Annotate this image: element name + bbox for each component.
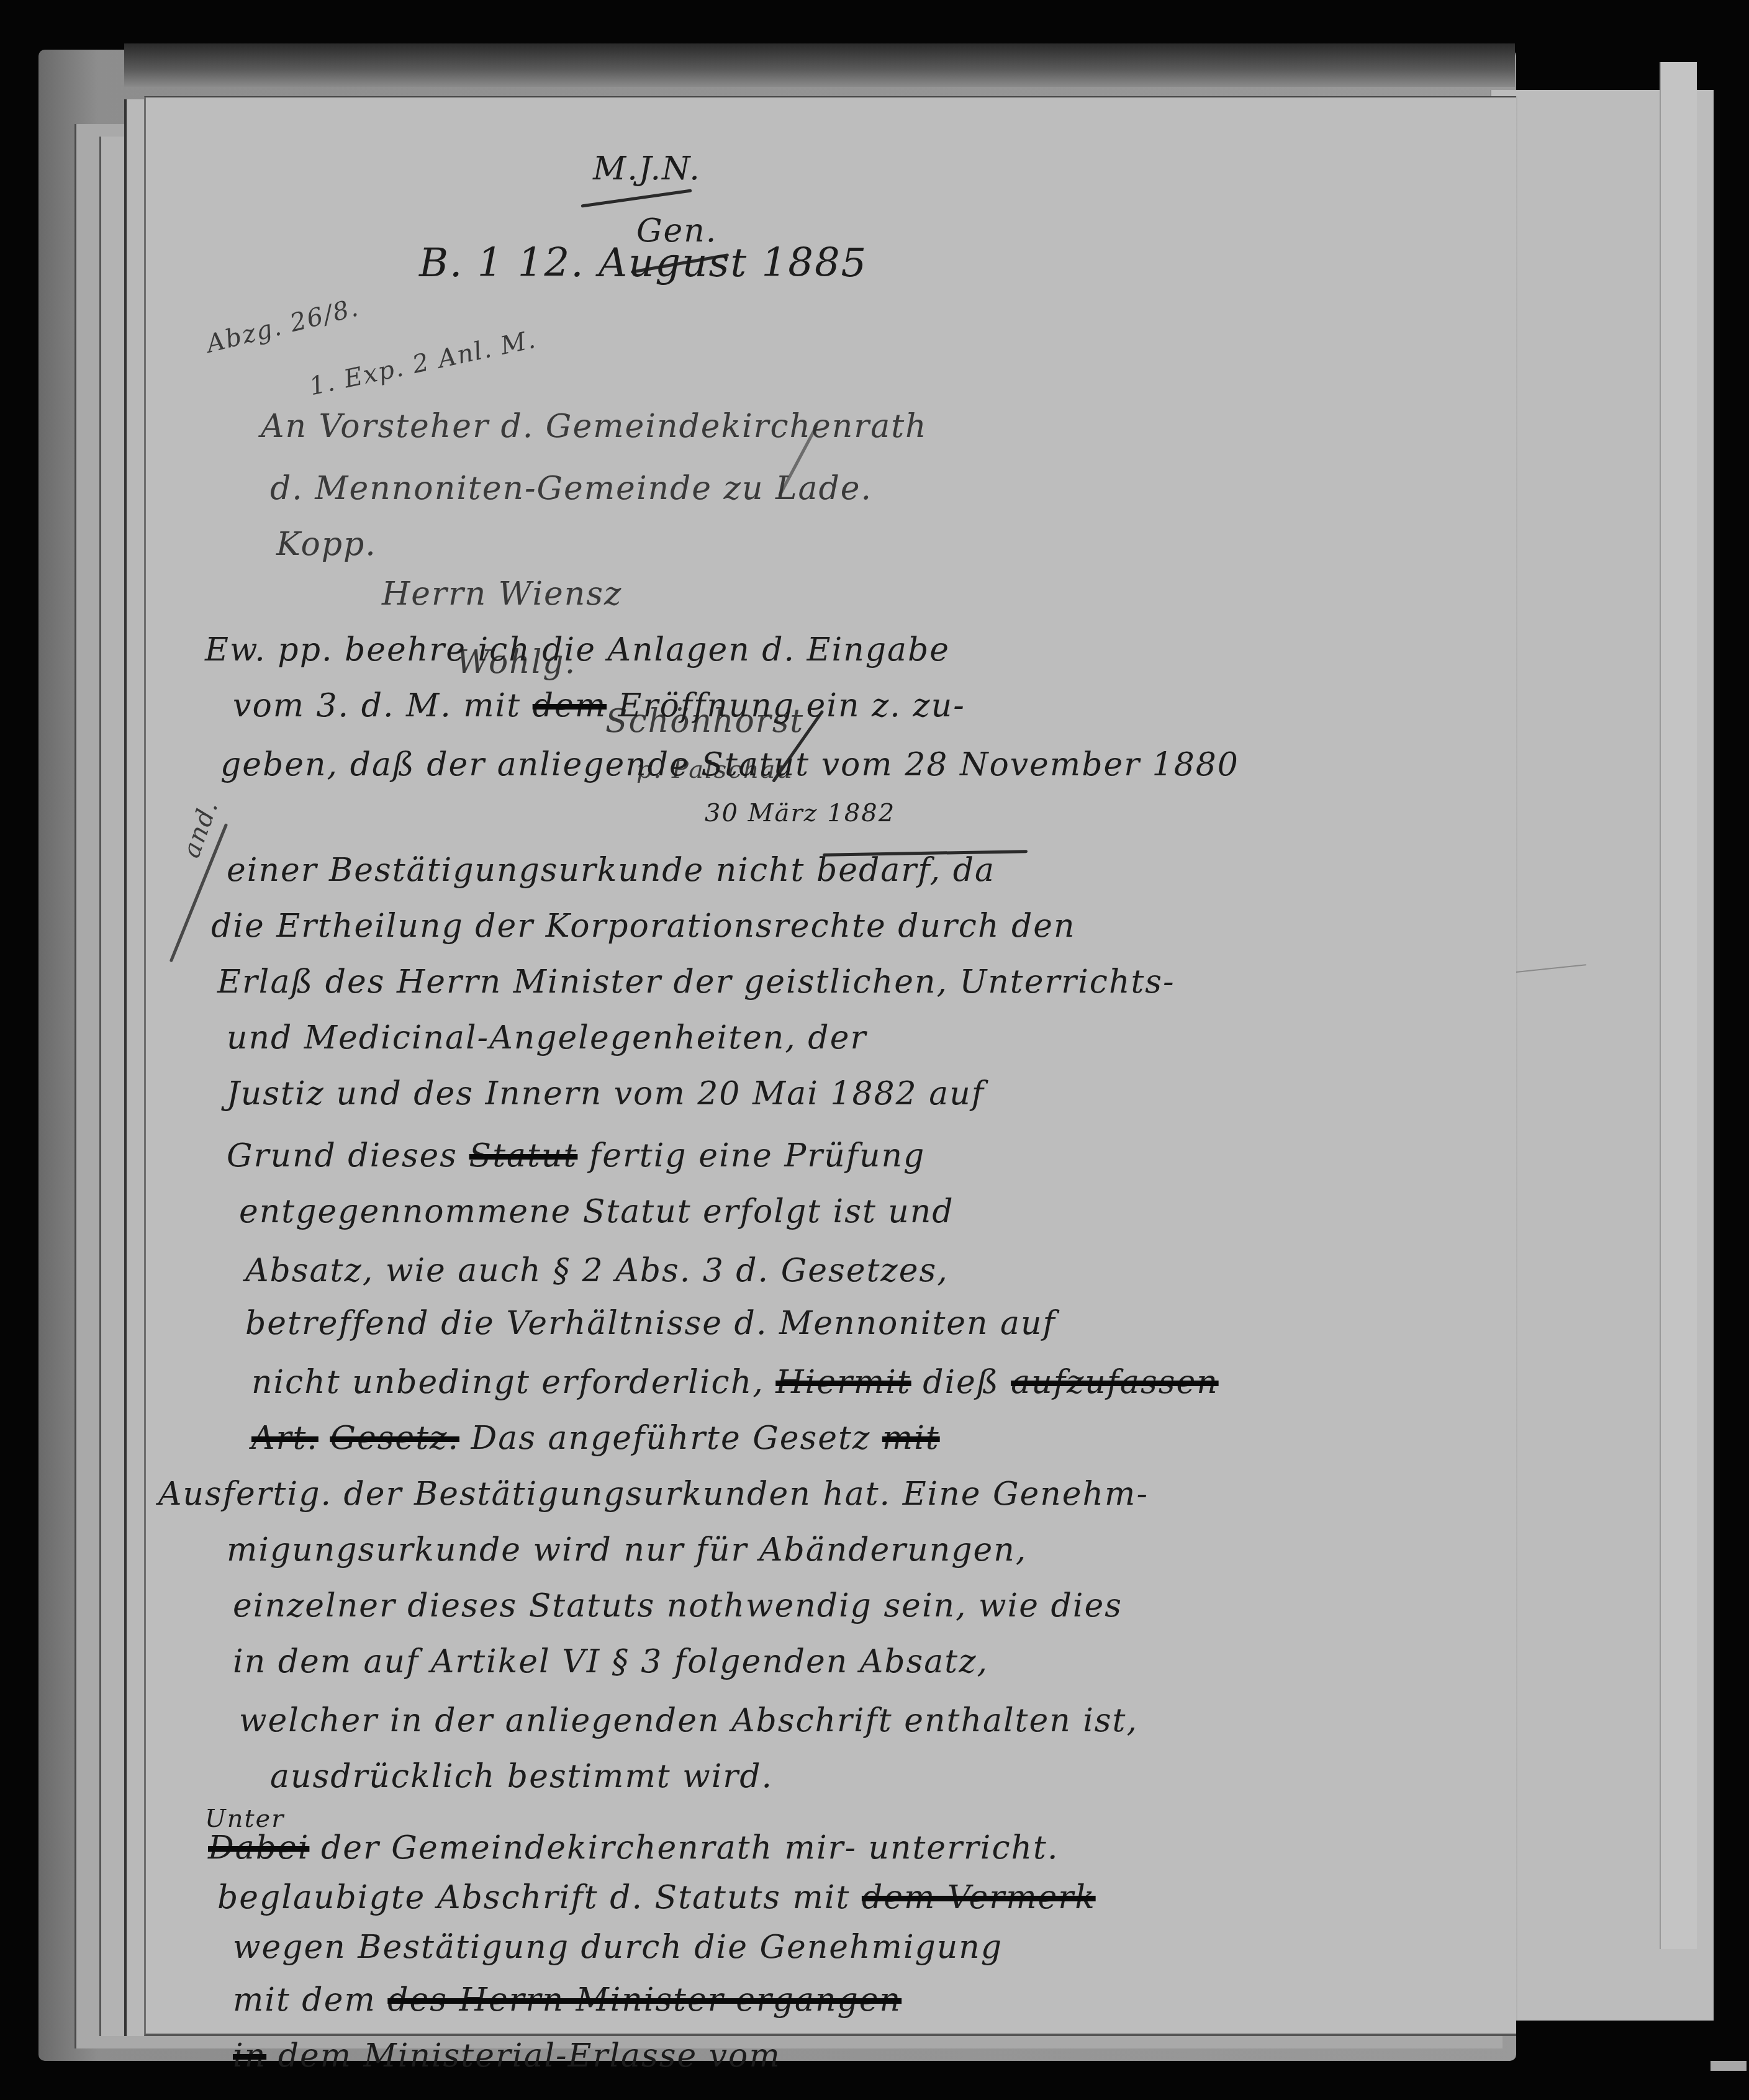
body-line: migungsurkunde wird nur für Abänderungen… xyxy=(227,1531,1027,1569)
body-line: Erlaß des Herrn Minister der geistlichen… xyxy=(217,963,1175,1001)
body-line: welcher in der anliegenden Abschrift ent… xyxy=(239,1702,1138,1739)
body-line: beglaubigte Abschrift d. Statuts mit dem… xyxy=(217,1879,1096,1916)
interlinear-correction: 30 März 1882 xyxy=(705,799,895,827)
body-line: in dem auf Artikel VI § 3 folgenden Absa… xyxy=(233,1643,988,1680)
body-line: Ausfertig. der Bestätigungsurkunden hat.… xyxy=(158,1476,1149,1513)
body-line: betreffend die Verhältnisse d. Mennonite… xyxy=(245,1305,1056,1342)
body-line: Ew. pp. beehre ich die Anlagen d. Eingab… xyxy=(205,631,950,669)
struck-word: aufzufassen xyxy=(1011,1364,1219,1401)
body-line: Art. Gesetz. Das angeführte Gesetz mit xyxy=(251,1420,940,1457)
manuscript-page: M.J.N. Gen. B. 1 12. August 1885 Abzg. 2… xyxy=(144,96,1516,2036)
body-line: einzelner dieses Statuts nothwendig sein… xyxy=(233,1587,1123,1625)
struck-word: Art. xyxy=(251,1420,319,1457)
struck-word: dem xyxy=(533,687,607,724)
struck-word: Hiermit xyxy=(775,1364,911,1401)
body-line: geben, daß der anliegende Statut vom 28 … xyxy=(220,746,1239,783)
struck-word: in xyxy=(233,2037,266,2075)
struck-word: des Herrn Minister ergangen xyxy=(387,1981,902,2019)
scan-tab xyxy=(1711,2061,1747,2071)
body-line: ausdrücklich bestimmt wird. xyxy=(270,1758,773,1795)
letter-body: Ew. pp. beehre ich die Anlagen d. Eingab… xyxy=(146,97,1015,1960)
body-line: und Medicinal-Angelegenheiten, der xyxy=(227,1019,867,1057)
body-line: Absatz, wie auch § 2 Abs. 3 d. Gesetzes, xyxy=(245,1252,949,1289)
body-line: die Ertheilung der Korporationsrechte du… xyxy=(211,908,1076,945)
body-line: Justiz und des Innern vom 20 Mai 1882 au… xyxy=(227,1075,985,1112)
struck-word: Dabei xyxy=(208,1829,309,1867)
right-edge-strip xyxy=(1660,62,1697,1949)
body-line: Grund dieses Statut fertig eine Prüfung xyxy=(227,1137,925,1174)
body-line: in dem Ministerial-Erlasse vom xyxy=(233,2037,781,2075)
body-line: nicht unbedingt erforderlich, Hiermit di… xyxy=(251,1364,1219,1401)
body-line: einer Bestätigungsurkunde nicht bedarf, … xyxy=(227,852,995,889)
struck-word: Statut xyxy=(469,1137,578,1174)
body-line: Dabei der Gemeindekirchenrath mir- unter… xyxy=(208,1829,1059,1867)
body-line: mit dem des Herrn Minister ergangen xyxy=(233,1981,902,2019)
body-line: entgegennommene Statut erfolgt ist und xyxy=(239,1193,954,1230)
binding-top-edge xyxy=(124,43,1515,87)
body-line: vom 3. d. M. mit dem Eröffnung ein z. zu… xyxy=(233,687,965,724)
struck-word: Gesetz. xyxy=(330,1420,459,1457)
struck-word: mit xyxy=(882,1420,940,1457)
body-line: wegen Bestätigung durch die Genehmigung xyxy=(233,1929,1003,1966)
struck-word: dem Vermerk xyxy=(862,1879,1096,1916)
